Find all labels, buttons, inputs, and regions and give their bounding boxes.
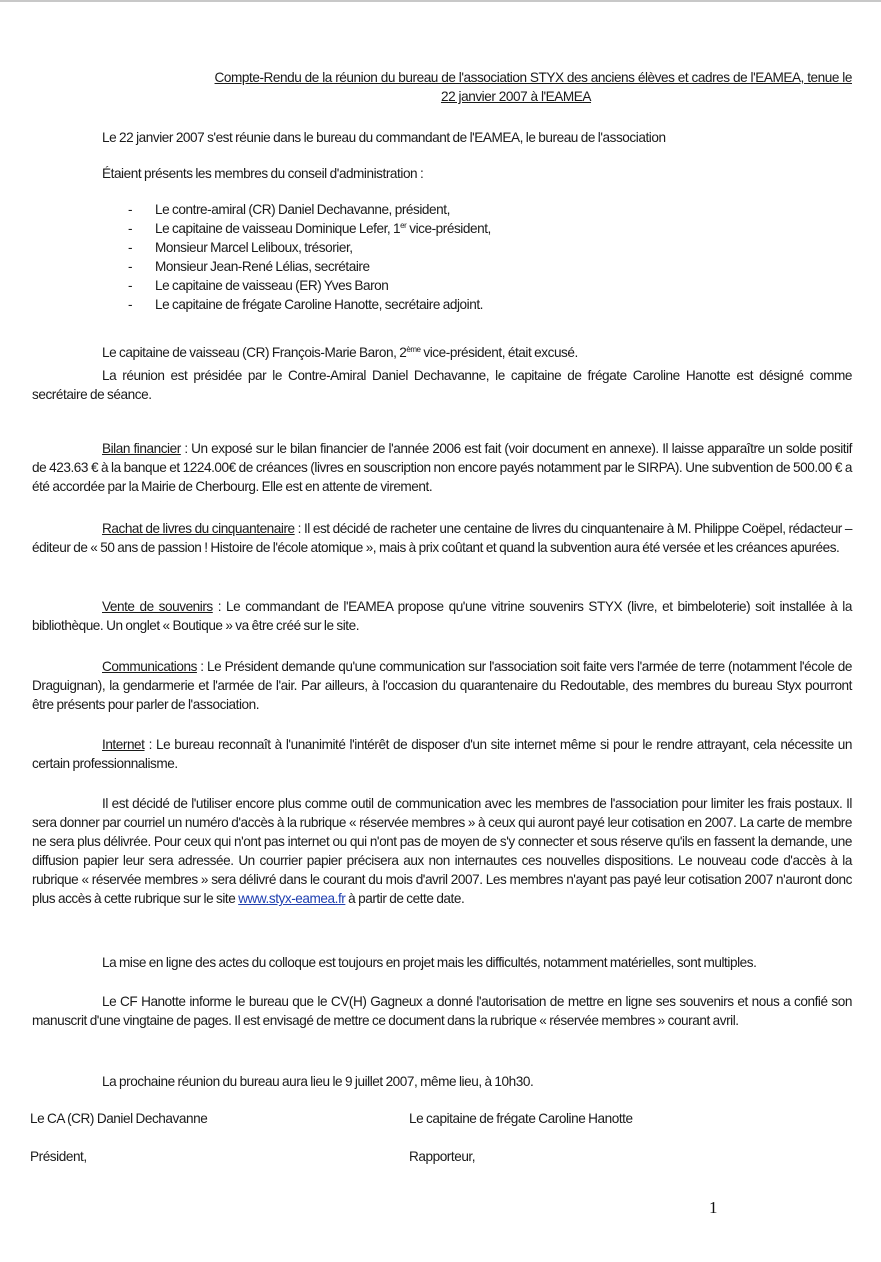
member-text-part: vice-président,	[406, 221, 490, 236]
next-meeting-text: La prochaine réunion du bureau aura lieu…	[102, 1072, 533, 1091]
decision-text: Il est décidé de l'utiliser encore plus …	[32, 796, 852, 906]
website-link[interactable]: www.styx-eamea.fr	[238, 891, 345, 906]
communications-heading: Communications	[102, 659, 197, 674]
bullet-dash: -	[128, 219, 155, 238]
bullet-dash: -	[128, 257, 155, 276]
bilan-heading: Bilan financier	[102, 441, 181, 456]
member-text: Le capitaine de frégate Caroline Hanotte…	[155, 295, 483, 314]
page-number: 1	[709, 1198, 718, 1218]
signature-left-name: Le CA (CR) Daniel Dechavanne	[30, 1109, 207, 1128]
title-line-1: Compte-Rendu de la réunion du bureau de …	[215, 70, 852, 85]
decision-tail: à partir de cette date.	[345, 891, 464, 906]
rachat-heading: Rachat de livres du cinquantenaire	[102, 521, 295, 536]
bilan-paragraph: Bilan financier : Un exposé sur le bilan…	[32, 439, 852, 496]
intro-text: Le 22 janvier 2007 s'est réunie dans le …	[102, 128, 666, 147]
title-line-2: 22 janvier 2007 à l'EAMEA	[140, 87, 852, 106]
member-text: Le capitaine de vaisseau (ER) Yves Baron	[155, 276, 388, 295]
signature-right-name: Le capitaine de frégate Caroline Hanotte	[409, 1109, 633, 1128]
internet-heading: Internet	[102, 737, 145, 752]
decision-paragraph: Il est décidé de l'utiliser encore plus …	[32, 794, 852, 908]
list-item: -Le capitaine de vaisseau (ER) Yves Baro…	[128, 276, 491, 295]
bullet-dash: -	[128, 276, 155, 295]
member-text: Monsieur Jean-René Lélias, secrétaire	[155, 257, 370, 276]
communications-paragraph: Communications : Le Président demande qu…	[32, 657, 852, 714]
list-item: -Le contre-amiral (CR) Daniel Dechavanne…	[128, 200, 491, 219]
bullet-dash: -	[128, 238, 155, 257]
presided-paragraph: La réunion est présidée par le Contre-Am…	[32, 366, 852, 404]
colloque-text: La mise en ligne des actes du colloque e…	[102, 953, 756, 972]
member-text-part: Le capitaine de vaisseau Dominique Lefer…	[155, 221, 400, 236]
bullet-dash: -	[128, 200, 155, 219]
present-heading: Étaient présents les membres du conseil …	[102, 164, 423, 183]
list-item: -Monsieur Marcel Leliboux, trésorier,	[128, 238, 491, 257]
document-page: Compte-Rendu de la réunion du bureau de …	[0, 0, 881, 1262]
internet-paragraph: Internet : Le bureau reconnaît à l'unani…	[32, 735, 852, 773]
list-item: -Monsieur Jean-René Lélias, secrétaire	[128, 257, 491, 276]
list-item: -Le capitaine de vaisseau Dominique Lefe…	[128, 219, 491, 238]
signature-right-role: Rapporteur,	[409, 1147, 475, 1166]
signature-left-role: Président,	[30, 1147, 87, 1166]
document-title: Compte-Rendu de la réunion du bureau de …	[140, 68, 852, 106]
rachat-paragraph: Rachat de livres du cinquantenaire : Il …	[32, 519, 852, 557]
excused-text-part: vice-président, était excusé.	[421, 345, 578, 360]
vente-heading: Vente de souvenirs	[102, 599, 213, 614]
members-list: -Le contre-amiral (CR) Daniel Dechavanne…	[128, 200, 491, 314]
gagneux-paragraph: Le CF Hanotte informe le bureau que le C…	[32, 992, 852, 1030]
excused-text: Le capitaine de vaisseau (CR) François-M…	[102, 343, 578, 362]
member-text: Le contre-amiral (CR) Daniel Dechavanne,…	[155, 200, 450, 219]
member-text: Le capitaine de vaisseau Dominique Lefer…	[155, 219, 491, 238]
list-item: -Le capitaine de frégate Caroline Hanott…	[128, 295, 491, 314]
vente-paragraph: Vente de souvenirs : Le commandant de l'…	[32, 597, 852, 635]
excused-text-part: Le capitaine de vaisseau (CR) François-M…	[102, 345, 406, 360]
ordinal-superscript: ème	[406, 345, 420, 354]
bullet-dash: -	[128, 295, 155, 314]
internet-text: : Le bureau reconnaît à l'unanimité l'in…	[32, 737, 852, 771]
member-text: Monsieur Marcel Leliboux, trésorier,	[155, 238, 353, 257]
